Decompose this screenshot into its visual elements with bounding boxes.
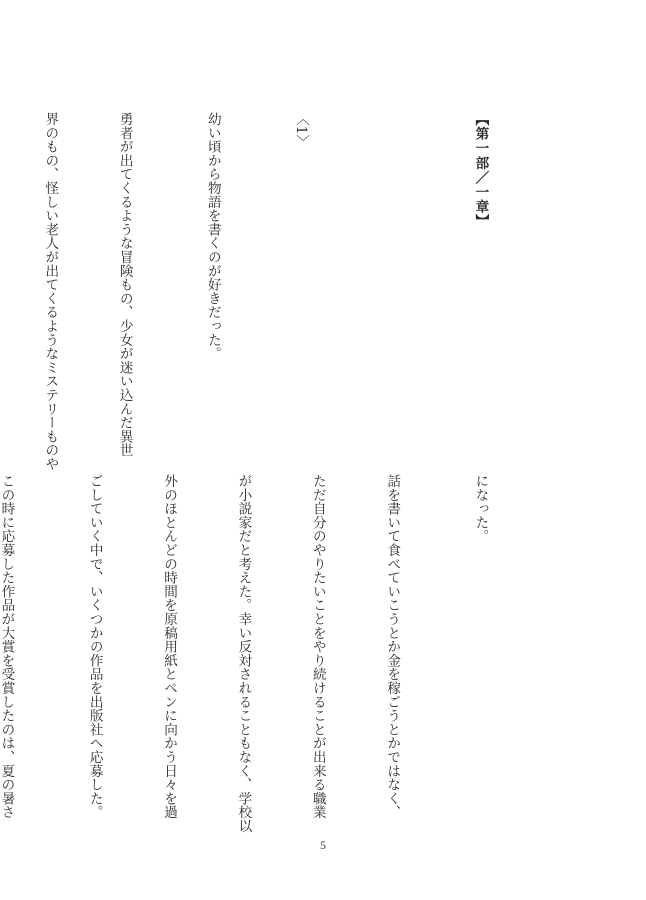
text-line: この時に応募した作品が大賞を受賞したのは、夏の暑さ <box>0 474 32 824</box>
chapter-heading: 【第一部／一章】 <box>468 112 493 462</box>
text-line: 幼い頃から物語を書くのが好きだった。 <box>200 112 239 462</box>
text-line: 界のもの、怪しい老人が出てくるようなミステリーものや <box>37 112 62 462</box>
text-line: ごしていく中で、いくつかの作品を出版社へ応募した。 <box>82 474 107 824</box>
page-number: 5 <box>316 838 330 853</box>
text-line: ただ自分のやりたいことをやり続けることが出来る職業 <box>305 474 330 824</box>
text-line: 勇者が出てくるような冒険もの、少女が迷い込んだ異世 <box>112 112 151 462</box>
book-page: 【第一部／一章】 〈1〉 幼い頃から物語を書くのが好きだった。 勇者が出てくるよ… <box>0 0 646 900</box>
text-line: 話を書いて食べていこうとか金を稼ごうとかではなく、 <box>379 474 418 824</box>
section-number: 〈1〉 <box>288 112 418 462</box>
text-line: になった。 <box>468 474 493 824</box>
text-line: 外のほとんどの時間を原稿用紙とペンに向かう日々を過 <box>156 474 181 824</box>
text-line: が小説家だと考えた。幸い反対されることもなく、学校以 <box>231 474 256 824</box>
upper-text-block: 【第一部／一章】 〈1〉 幼い頃から物語を書くのが好きだった。 勇者が出てくるよ… <box>0 112 542 462</box>
lower-text-block: になった。 話を書いて食べていこうとか金を稼ごうとかではなく、 ただ自分のやりた… <box>0 474 542 824</box>
